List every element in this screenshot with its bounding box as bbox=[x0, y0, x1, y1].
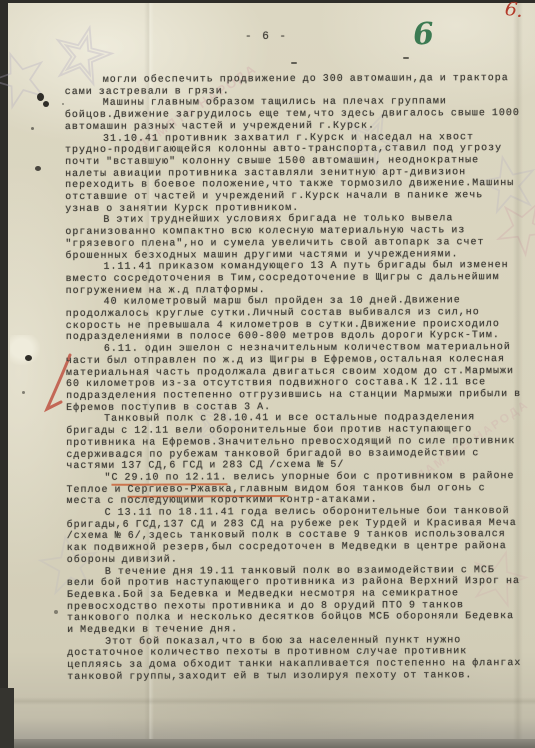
ink-speck bbox=[22, 391, 25, 394]
paper-tear-patch bbox=[10, 335, 40, 365]
ink-speck bbox=[31, 127, 34, 130]
ink-speck bbox=[37, 93, 44, 101]
paragraph: 40 километровый марш был пройден за 10 д… bbox=[66, 295, 523, 344]
ink-speck bbox=[62, 103, 64, 105]
scan-edge-bottom bbox=[0, 739, 535, 748]
ink-speck bbox=[35, 166, 41, 171]
paragraph: В течение дня 19.11 танковый полк во вза… bbox=[67, 565, 524, 637]
paragraph: 6.11. один эшелон с незначительным колич… bbox=[66, 342, 523, 414]
paper-sheet: ПАМЯТЬ НАРОДА ПАМЯТЬ НАРОДА ПАМЯТЬ НАРОД… bbox=[8, 3, 535, 740]
paragraph: "С 29.10 по 12.11. велись упорные бои с … bbox=[66, 471, 523, 508]
scan-edge-left bbox=[0, 688, 14, 748]
scanned-page: ПАМЯТЬ НАРОДА ПАМЯТЬ НАРОДА ПАМЯТЬ НАРОД… bbox=[0, 0, 535, 748]
paragraph: В этих труднейших условиях бригада не то… bbox=[65, 213, 522, 262]
red-underline-annotation: Сергиево-Ржавка,главным bbox=[127, 484, 288, 498]
paragraph: Машины главным образом тащились на плеча… bbox=[65, 96, 522, 133]
ink-speck bbox=[291, 62, 297, 64]
paper-crease bbox=[8, 697, 535, 705]
paragraph: Этот бой показал,что в бою за населенный… bbox=[67, 635, 524, 684]
handwritten-page-number-green: 6 bbox=[412, 16, 435, 52]
paragraph: могли обеспечить продвижение до 300 авто… bbox=[65, 73, 522, 98]
paragraph: Танковый полк с 28.10.41 и все остальные… bbox=[66, 412, 523, 473]
ink-speck bbox=[403, 57, 409, 59]
ink-speck bbox=[54, 610, 58, 614]
paragraph: 1.11.41 приказом командующего 13 А путь … bbox=[65, 260, 522, 297]
handwritten-page-number-red: 6. bbox=[504, 0, 525, 22]
paragraph: 31.10.41 противник захватил г.Курск и на… bbox=[65, 132, 522, 216]
ink-speck bbox=[25, 355, 32, 361]
ink-speck bbox=[43, 101, 49, 107]
paragraph: С 13.11 по 18.11.41 года велись оборонит… bbox=[67, 506, 524, 567]
typed-page-number: - 6 - bbox=[245, 31, 288, 43]
document-body: могли обеспечить продвижение до 300 авто… bbox=[65, 73, 525, 684]
